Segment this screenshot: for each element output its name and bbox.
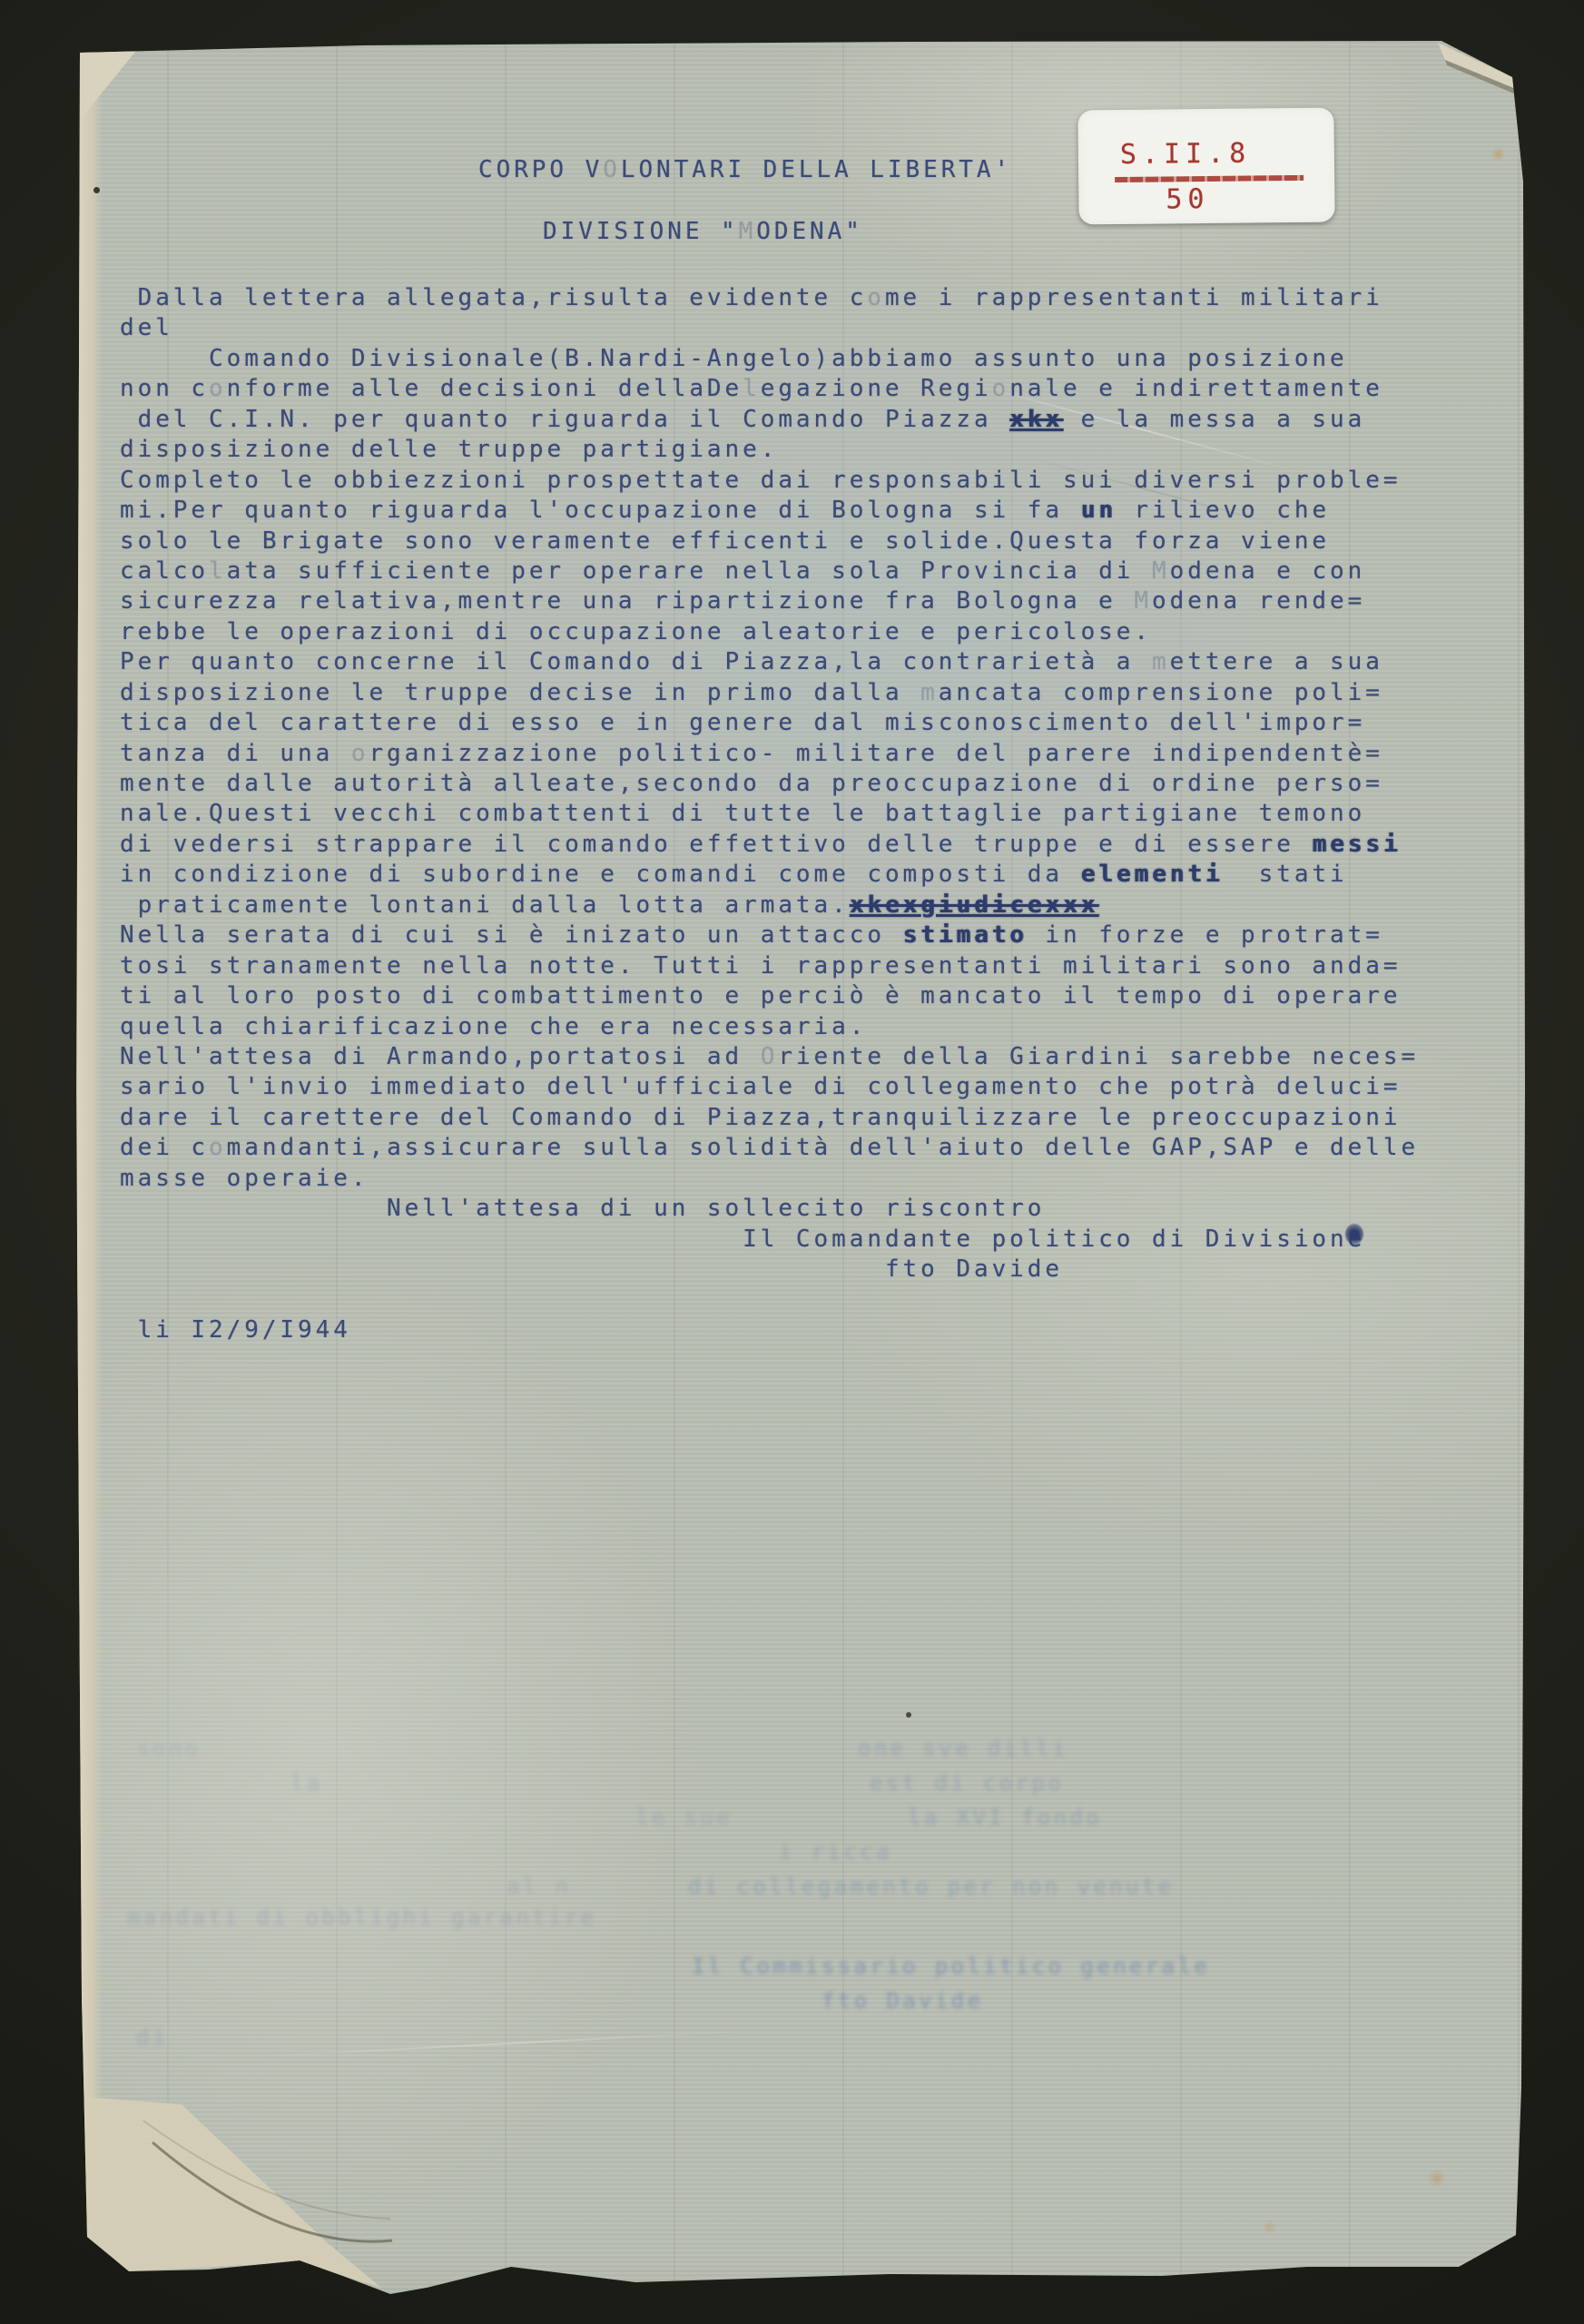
typed-text-segment: ancata comprensione poli= <box>939 679 1383 706</box>
typed-text-segment: calco <box>120 557 209 585</box>
typed-text-segment: LONTARI DELLA LIBERTA' <box>621 156 1012 183</box>
typed-text-segment: Il Comandante politico di Divisione <box>120 1226 1365 1253</box>
typed-text-segment: mente dalle autorità alleate,secondo da … <box>120 770 1383 797</box>
typed-text-segment: l <box>209 557 227 585</box>
struck-out-text: xkexgiudicexxx <box>850 891 1098 919</box>
typed-text-segment: ODENA" <box>756 218 863 245</box>
typed-text-segment: ti al loro posto di combattimento e perc… <box>120 982 1401 1009</box>
typed-text-segment: CORPO V <box>478 156 603 183</box>
typed-line: fto Davide <box>120 1255 1419 1285</box>
typed-line: mi.Per quanto riguarda l'occupazione di … <box>120 496 1419 526</box>
typed-text-segment: rganizzazione politico- militare del par… <box>369 740 1382 767</box>
typed-text-segment: M <box>1152 557 1170 585</box>
typed-text-segment: Completo le obbiezzioni prospettate dai … <box>120 467 1401 494</box>
typed-line: calcolata sufficiente per operare nella … <box>120 556 1419 586</box>
typed-text-segment: M <box>1134 587 1152 615</box>
typed-text-segment: del C.I.N. per quanto riguarda il Comand… <box>120 406 1009 433</box>
typed-text-segment: mandanti,assicurare sulla solidità dell'… <box>227 1134 1419 1161</box>
typed-text-segment: in condizione di subordine e comandi com… <box>120 861 1081 888</box>
typed-line: ti al loro posto di combattimento e perc… <box>120 981 1419 1011</box>
ghost-text-fragment: di collegamento per non venute <box>688 1874 1174 1899</box>
typed-text-segment: non c <box>120 375 209 402</box>
typed-text-segment: riente della Giardini sarebbe neces= <box>778 1043 1419 1070</box>
typed-line: del C.I.N. per quanto riguarda il Comand… <box>120 405 1419 435</box>
ghost-text-fragment: la <box>290 1770 323 1796</box>
typed-text-segment: O <box>603 156 621 183</box>
typed-text-segment: Nell'attesa di Armando,portatosi ad <box>120 1043 761 1070</box>
typed-text-segment: ettere a sua <box>1170 648 1383 675</box>
typed-text-segment: odena e con <box>1170 557 1366 585</box>
typed-line: rebbe le operazioni di occupazione aleat… <box>120 617 1419 647</box>
header-subtitle: DIVISIONE "MODENA" <box>543 218 863 245</box>
typed-line: quella chiarificazione che era necessari… <box>120 1012 1419 1042</box>
typed-line: nale.Questi vecchi combattenti di tutte … <box>120 799 1419 829</box>
typed-line <box>120 1285 1419 1315</box>
typed-line: tosi stranamente nella notte. Tutti i ra… <box>120 951 1419 981</box>
typed-line: Nella serata di cui si è inizato un atta… <box>120 921 1419 950</box>
typed-text-segment: sario l'invio immediato dell'ufficiale d… <box>120 1073 1401 1100</box>
typed-line: di vedersi strappare il comando effettiv… <box>120 830 1419 860</box>
document-scan: CORPO VOLONTARI DELLA LIBERTA' DIVISIONE… <box>0 0 1584 2324</box>
typed-text-segment: un <box>1081 497 1117 524</box>
typed-text-segment: in forze e protrat= <box>1028 921 1383 949</box>
typed-line: Per quanto concerne il Comando di Piazza… <box>120 647 1419 677</box>
typed-body: Dalla lettera allegata,risulta evidente … <box>120 283 1419 1345</box>
stain <box>1427 2170 1447 2187</box>
typed-text-segment: messi <box>1312 831 1401 858</box>
stain <box>1262 2221 1277 2234</box>
typed-text-segment: egazione Regi <box>761 375 992 402</box>
typed-line: tica del carattere di esso e in genere d… <box>120 708 1419 738</box>
typed-line: sario l'invio immediato dell'ufficiale d… <box>120 1072 1419 1102</box>
typed-text-segment: o <box>351 740 369 767</box>
typed-line: in condizione di subordine e comandi com… <box>120 860 1419 890</box>
ghost-text-fragment: fto Davide <box>822 1988 984 2014</box>
typed-text-segment: disposizione delle truppe partigiane. <box>120 436 778 463</box>
typed-line: li I2/9/I944 <box>120 1315 1419 1345</box>
ghost-text-fragment: one sve dilli <box>858 1736 1068 1761</box>
typed-line: tanza di una organizzazione politico- mi… <box>120 739 1419 769</box>
typed-line: dare il carettere del Comando di Piazza,… <box>120 1103 1419 1133</box>
typed-text-segment: M <box>739 218 757 245</box>
typed-text-segment: rilievo che <box>1117 497 1330 524</box>
typed-text-segment: DIVISIONE " <box>543 218 739 245</box>
stain <box>1491 147 1506 162</box>
typed-text-segment: O <box>761 1043 779 1070</box>
ghost-text-fragment: la XVI fondo <box>908 1805 1102 1830</box>
ghost-text-fragment: sono <box>136 1736 201 1761</box>
typed-line: Comando Divisionale(B.Nardi-Angelo)abbia… <box>120 344 1419 374</box>
typed-text-segment: nale.Questi vecchi combattenti di tutte … <box>120 800 1365 827</box>
typed-text-segment: di vedersi strappare il comando effettiv… <box>120 831 1312 858</box>
typed-text-segment: quella chiarificazione che era necessari… <box>120 1013 867 1040</box>
archive-label: S.II.8 50 <box>1077 108 1334 225</box>
typed-text-segment: del <box>120 314 173 341</box>
typed-line: Nell'attesa di un sollecito riscontro <box>120 1194 1419 1224</box>
typed-text-segment: stati <box>1223 861 1347 888</box>
ghost-text-fragment: Il Commissario politico generale <box>692 1954 1210 1979</box>
typed-text-segment: o <box>209 375 227 402</box>
ghost-text-fragment: mandati di obblighi garantire <box>127 1905 597 1930</box>
typed-text-segment: odena rende= <box>1152 587 1365 615</box>
ghost-text-fragment: le sue <box>635 1805 733 1830</box>
typed-text-segment: nforme alle decisioni dellaDe <box>227 375 743 402</box>
typed-text-segment: e la messa a sua <box>1063 406 1365 433</box>
typed-text-segment: fto Davide <box>120 1256 1063 1283</box>
typed-line: dei comandanti,assicurare sulla solidità… <box>120 1133 1419 1163</box>
typed-text-segment: elementi <box>1081 861 1224 888</box>
typed-text-segment: m <box>920 679 939 706</box>
typed-text-segment: praticamente lontani dalla lotta armata. <box>120 891 850 919</box>
typed-text-segment: dare il carettere del Comando di Piazza,… <box>120 1104 1401 1131</box>
typed-text-segment: me i rappresentanti militari <box>885 284 1383 311</box>
ghost-text-fragment: est di corpo <box>870 1770 1064 1796</box>
ink-blot <box>1345 1224 1363 1245</box>
typed-line: non conforme alle decisioni dellaDelegaz… <box>120 374 1419 404</box>
typed-text-segment: Per quanto concerne il Comando di Piazza… <box>120 648 1152 675</box>
typed-text-segment: masse operaie. <box>120 1165 369 1192</box>
typed-text-segment: mi.Per quanto riguarda l'occupazione di … <box>120 497 1081 524</box>
typed-text-segment: rebbe le operazioni di occupazione aleat… <box>120 618 1152 645</box>
typed-line: mente dalle autorità alleate,secondo da … <box>120 769 1419 799</box>
typed-text-segment: disposizione le truppe decise in primo d… <box>120 679 920 706</box>
typed-line: Completo le obbiezzioni prospettate dai … <box>120 466 1419 496</box>
paper-sheet: CORPO VOLONTARI DELLA LIBERTA' DIVISIONE… <box>0 0 1584 2324</box>
typed-line: disposizione delle truppe partigiane. <box>120 435 1419 465</box>
typed-text-segment: ata sufficiente per operare nella sola P… <box>227 557 1152 585</box>
typed-line: Il Comandante politico di Divisione <box>120 1225 1419 1255</box>
typed-text-segment: sicurezza relativa,mentre una ripartizio… <box>120 587 1134 615</box>
struck-out-text: xkx <box>1009 406 1063 433</box>
speck <box>906 1712 911 1718</box>
stamp-underline <box>1115 175 1304 182</box>
typed-text-segment: solo le Brigate sono veramente efficenti… <box>120 527 1330 555</box>
typed-text-segment: stimato <box>903 921 1028 949</box>
ghost-text-fragment: di <box>136 2024 169 2050</box>
typed-text-segment: Dalla lettera allegata,risulta evidente … <box>120 284 867 311</box>
typed-line: del <box>120 313 1419 343</box>
typed-line: praticamente lontani dalla lotta armata.… <box>120 891 1419 921</box>
typed-text-segment: l <box>743 375 761 402</box>
typed-text-segment: tosi stranamente nella notte. Tutti i ra… <box>120 952 1401 980</box>
typed-text-segment: o <box>992 375 1010 402</box>
typed-line: solo le Brigate sono veramente efficenti… <box>120 527 1419 556</box>
typed-text-segment: li I2/9/I944 <box>120 1316 351 1344</box>
typed-text-segment: Nell'attesa di un sollecito riscontro <box>120 1195 1045 1222</box>
ghost-text-fragment: i ricca <box>779 1839 892 1865</box>
typed-line: sicurezza relativa,mentre una ripartizio… <box>120 586 1419 616</box>
typed-text-segment: nale e indirettamente <box>1009 375 1383 402</box>
typed-text-segment: dei c <box>120 1134 209 1161</box>
speck <box>93 187 100 193</box>
ghost-text-fragment: al n <box>507 1874 571 1899</box>
stamp-code: S.II.8 <box>1120 137 1252 171</box>
typed-text-segment: o <box>867 284 885 311</box>
typed-text-segment: Comando Divisionale(B.Nardi-Angelo)abbia… <box>120 345 1348 372</box>
typed-line: Nell'attesa di Armando,portatosi ad Orie… <box>120 1042 1419 1072</box>
typed-line: masse operaie. <box>120 1164 1419 1194</box>
stamp-number: 50 <box>1166 183 1209 216</box>
typed-text-segment: tanza di una <box>120 740 351 767</box>
typed-text-segment: m <box>1152 648 1170 675</box>
typed-text-segment: Nella serata di cui si è inizato un atta… <box>120 921 903 949</box>
typed-text-segment: o <box>209 1134 227 1161</box>
header-title: CORPO VOLONTARI DELLA LIBERTA' <box>478 156 1012 183</box>
typed-line: disposizione le truppe decise in primo d… <box>120 678 1419 708</box>
typed-line: Dalla lettera allegata,risulta evidente … <box>120 283 1419 313</box>
typed-text-segment: tica del carattere di esso e in genere d… <box>120 709 1365 736</box>
